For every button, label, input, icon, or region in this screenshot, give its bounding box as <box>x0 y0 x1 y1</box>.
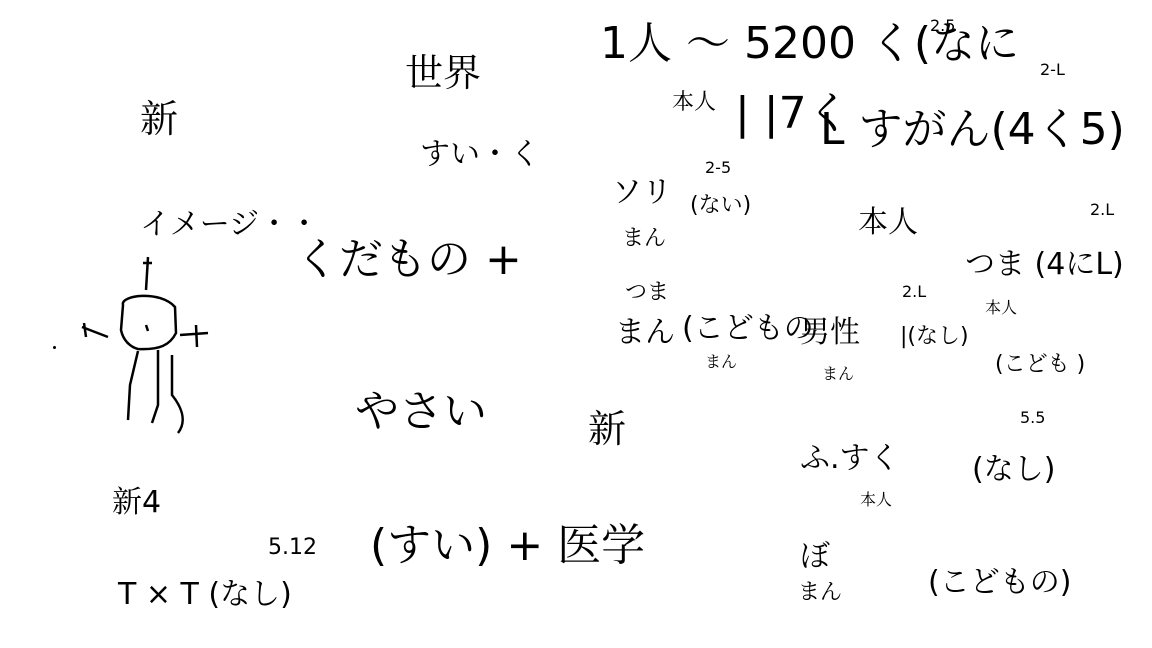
note-yoyo-sup: 2-5 <box>705 160 731 176</box>
note-dansei-sup: 2.L <box>902 284 926 300</box>
note-otokonoko-sup: 5.5 <box>1020 410 1045 426</box>
note-sekai: 世界 <box>405 54 481 92</box>
note-hon-1: 本人 <box>672 92 716 114</box>
note-baby-under: まん <box>798 582 842 604</box>
note-top-line: 1人 〜 5200 く(なに <box>600 22 1019 66</box>
stick-figure-drawing <box>50 255 230 445</box>
note-dansei-under: まん <box>822 366 854 382</box>
note-otokonoko-paren: (なし) <box>972 455 1055 485</box>
note-yoyo-paren: (ない) <box>690 195 751 217</box>
note-hon-5: 本人 <box>985 300 1017 316</box>
note-line-2b: L すがん(4く5) <box>820 108 1125 152</box>
note-tsuma-right-sup: 2.L <box>1090 202 1114 218</box>
note-shin-4: 新4 <box>112 488 161 518</box>
note-kudamono: くだもの + <box>295 238 522 282</box>
note-hon-2: まん <box>622 228 666 250</box>
note-tt-sup: 5.12 <box>268 537 317 559</box>
note-kodomo-under: まん <box>705 354 737 370</box>
note-tt-label: T × T (なし) <box>118 580 292 610</box>
note-yoyo: ソリ <box>612 178 672 208</box>
drawing-canvas[interactable]: 1人 〜 5200 く(なに 2.5 本人 | |7く L すがん(4く5) 2… <box>0 0 1152 648</box>
stray-dot <box>53 346 56 349</box>
note-suiku: すい・く <box>420 140 540 170</box>
note-tsuma-left: つま <box>625 282 669 304</box>
note-hon-3: 本人 <box>858 208 918 238</box>
note-kusuri: (すい) + 医学 <box>370 524 645 568</box>
note-kodomo-paren: (こどもの <box>682 314 814 344</box>
note-shin-1: 新 <box>140 100 178 138</box>
note-kodomo-2: (こども ) <box>995 354 1085 376</box>
note-baby: ぼ <box>800 542 830 572</box>
note-hon-4: まん <box>615 318 675 348</box>
note-shin-2: 新 <box>588 410 626 448</box>
note-line-2-sup: 2-L <box>1040 62 1065 78</box>
note-tsuma-right: つま (4にL) <box>965 250 1124 280</box>
note-kodomo-3: (こどもの) <box>928 568 1071 598</box>
note-yasai: やさい <box>355 390 487 434</box>
note-otokonoko-under: 本人 <box>860 492 892 508</box>
note-image-label: イメージ・・ <box>140 210 319 240</box>
note-top-line-sup: 2.5 <box>930 18 955 34</box>
note-otokonoko: ふ.すく <box>800 444 900 474</box>
note-dansei-paren: |(なし) <box>900 326 969 348</box>
note-dansei: 男性 <box>800 318 860 348</box>
